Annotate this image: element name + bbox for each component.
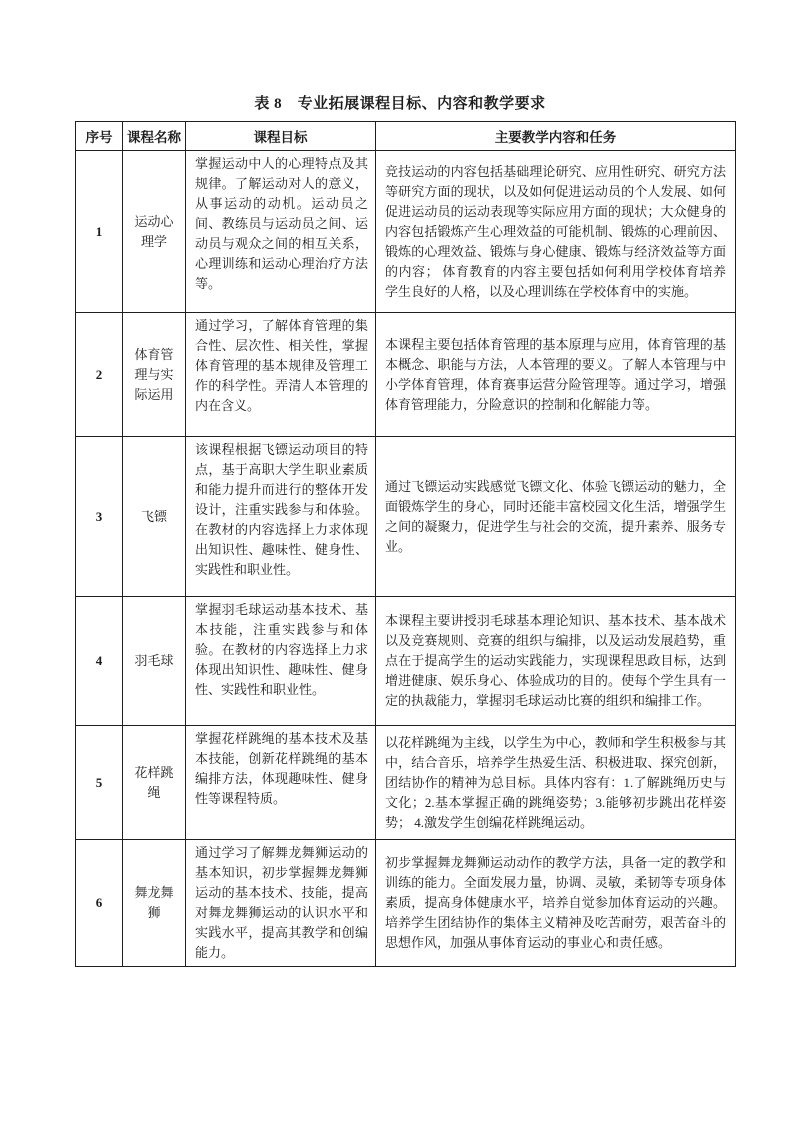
row-number-cell: 1 (76, 151, 123, 313)
course-objective-cell: 掌握运动中人的心理特点及其规律。了解运动对人的意义，从事运动的动机。运动员之间、… (186, 151, 376, 313)
document-page: 表 8 专业拓展课程目标、内容和教学要求 序号 课程名称 课程目标 主要教学内容… (0, 0, 793, 1122)
table-row: 3 飞镖 该课程根据飞镖运动项目的特点，基于高职大学生职业素质和能力提升而进行的… (76, 437, 736, 597)
table-row: 4 羽毛球 掌握羽毛球运动基本技术、基本技能，注重实践参与和体验。在教材的内容选… (76, 597, 736, 726)
teaching-content-cell: 竞技运动的内容包括基础理论研究、应用性研究、研究方法等研究方面的现状，以及如何促… (376, 151, 736, 313)
row-number-cell: 5 (76, 726, 123, 840)
row-number-cell: 4 (76, 597, 123, 726)
table-row: 6 舞龙舞狮 通过学习了解舞龙舞狮运动的基本知识，初步掌握舞龙舞狮运动的基本技术… (76, 840, 736, 967)
course-objective-cell: 掌握羽毛球运动基本技术、基本技能，注重实践参与和体验。在教材的内容选择上力求体现… (186, 597, 376, 726)
course-name-cell: 舞龙舞狮 (123, 840, 186, 967)
course-objective-cell: 通过学习，了解体育管理的集合性、层次性、相关性，掌握体育管理的基本规律及管理工作… (186, 313, 376, 437)
course-name-cell: 体育管理与实际运用 (123, 313, 186, 437)
course-name-cell: 羽毛球 (123, 597, 186, 726)
table-header-row: 序号 课程名称 课程目标 主要教学内容和任务 (76, 122, 736, 151)
table-row: 5 花样跳绳 掌握花样跳绳的基本技术及基本技能，创新花样跳绳的基本编排方法，体现… (76, 726, 736, 840)
course-table: 序号 课程名称 课程目标 主要教学内容和任务 1 运动心理学 掌握运动中人的心理… (75, 121, 736, 967)
teaching-content-cell: 通过飞镖运动实践感觉飞镖文化、体验飞镖运动的魅力，全面锻炼学生的身心，同时还能丰… (376, 437, 736, 597)
course-name-cell: 飞镖 (123, 437, 186, 597)
teaching-content-cell: 初步掌握舞龙舞狮运动动作的教学方法，具备一定的教学和训练的能力。全面发展力量，协… (376, 840, 736, 967)
course-objective-cell: 掌握花样跳绳的基本技术及基本技能，创新花样跳绳的基本编排方法，体现趣味性、健身性… (186, 726, 376, 840)
table-row: 2 体育管理与实际运用 通过学习，了解体育管理的集合性、层次性、相关性，掌握体育… (76, 313, 736, 437)
row-number-cell: 6 (76, 840, 123, 967)
teaching-content-cell: 本课程主要讲授羽毛球基本理论知识、基本技术、基本战术以及竞赛规则、竞赛的组织与编… (376, 597, 736, 726)
course-objective-cell: 通过学习了解舞龙舞狮运动的基本知识，初步掌握舞龙舞狮运动的基本技术、技能，提高对… (186, 840, 376, 967)
course-name-cell: 花样跳绳 (123, 726, 186, 840)
course-name-cell: 运动心理学 (123, 151, 186, 313)
col-header-content: 主要教学内容和任务 (376, 122, 736, 151)
row-number-cell: 3 (76, 437, 123, 597)
col-header-objectives: 课程目标 (186, 122, 376, 151)
table-caption: 表 8 专业拓展课程目标、内容和教学要求 (60, 0, 740, 113)
teaching-content-cell: 以花样跳绳为主线，以学生为中心，教师和学生积极参与其中，结合音乐，培养学生热爱生… (376, 726, 736, 840)
teaching-content-cell: 本课程主要包括体育管理的基本原理与应用，体育管理的基本概念、职能与方法，人本管理… (376, 313, 736, 437)
row-number-cell: 2 (76, 313, 123, 437)
col-header-course-name: 课程名称 (123, 122, 186, 151)
course-objective-cell: 该课程根据飞镖运动项目的特点，基于高职大学生职业素质和能力提升而进行的整体开发设… (186, 437, 376, 597)
table-row: 1 运动心理学 掌握运动中人的心理特点及其规律。了解运动对人的意义，从事运动的动… (76, 151, 736, 313)
col-header-number: 序号 (76, 122, 123, 151)
